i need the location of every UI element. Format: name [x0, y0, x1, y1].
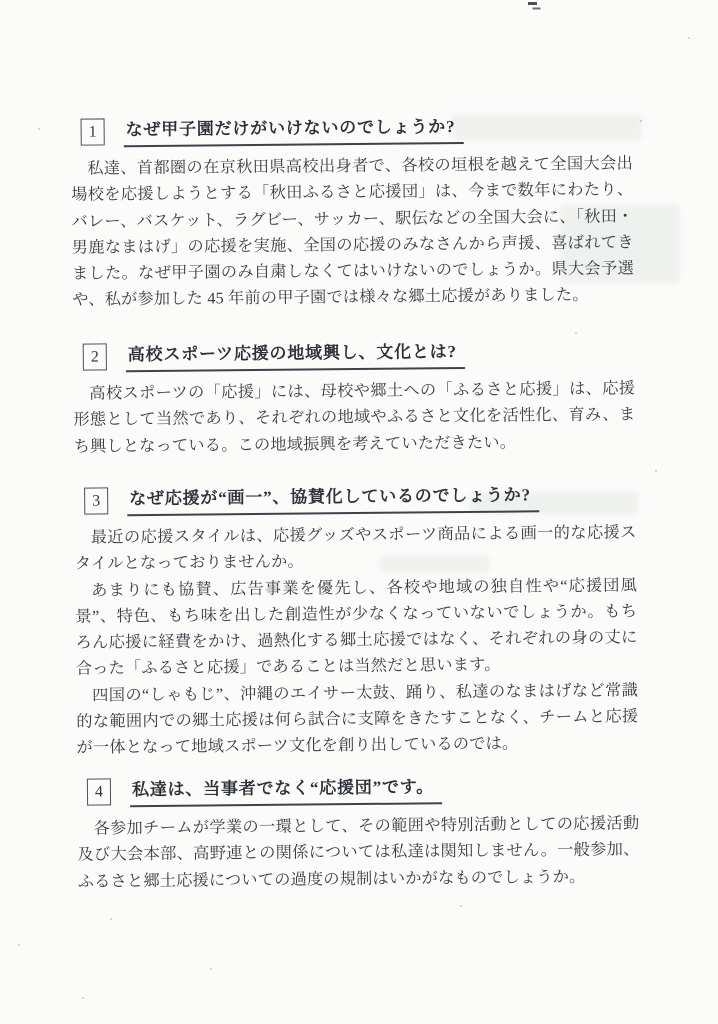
document-content: 1 なぜ甲子園だけがいけないのでしょうか? 私達、首都圏の在京秋田県高校出身者で… [0, 0, 718, 1024]
section-3-paragraph-1: 最近の応援スタイルは、応援グッズやスポーツ商品による画一的な応援スタイルとなって… [74, 519, 636, 577]
section-1-header: 1 なぜ甲子園だけがいけないのでしょうか? [71, 113, 633, 147]
section-3: 3 なぜ応援が“画一”、協賛化しているのでしょうか? 最近の応援スタイルは、応援… [74, 482, 639, 761]
section-3-number-box: 3 [84, 487, 108, 514]
dust-speck [460, 905, 462, 907]
section-1-number-box: 1 [81, 118, 105, 145]
section-2: 2 高校スポーツ応援の地域興し、文化とは? 高校スポーツの「応援」には、母校や郷… [73, 338, 636, 459]
section-3-paragraph-2: あまりにも協賛、広告事業を優先し、各校や地域の独自性や“応援団風景”、特色、もち… [75, 572, 638, 683]
dust-speck [38, 128, 40, 130]
scanned-page: 1 なぜ甲子園だけがいけないのでしょうか? 私達、首都圏の在京秋田県高校出身者で… [0, 0, 718, 1024]
section-3-body: 最近の応援スタイルは、応援グッズやスポーツ商品による画一的な応援スタイルとなって… [74, 519, 638, 761]
dust-speck [210, 968, 212, 970]
section-1-body: 私達、首都圏の在京秋田県高校出身者で、各校の垣根を越えて全国大会出場校を応援しよ… [71, 150, 634, 313]
section-4: 4 私達は、当事者でなく“応援団”です。 各参加チームが学業の一環として、その範… [77, 773, 640, 894]
section-4-header: 4 私達は、当事者でなく“応援団”です。 [77, 773, 639, 807]
section-4-paragraph-1: 各参加チームが学業の一環として、その範囲や特別活動としての応援活動及び大会本部、… [77, 810, 640, 894]
dust-speck [688, 37, 690, 39]
dust-speck [82, 997, 84, 999]
dust-speck [18, 944, 20, 946]
section-2-body: 高校スポーツの「応援」には、母校や郷土への「ふるさと応援」は、応援形態として当然… [73, 375, 636, 459]
dust-speck [575, 332, 577, 334]
section-4-body: 各参加チームが学業の一環として、その範囲や特別活動としての応援活動及び大会本部、… [77, 810, 640, 894]
section-1-paragraph-1: 私達、首都圏の在京秋田県高校出身者で、各校の垣根を越えて全国大会出場校を応援しよ… [71, 150, 634, 313]
section-2-number-box: 2 [83, 343, 107, 370]
section-4-number-box: 4 [87, 778, 111, 805]
section-3-paragraph-3: 四国の“しゃもじ”、沖縄のエイサー太鼓、踊り、私達のなまはげなど常識的な範囲内で… [76, 677, 639, 761]
section-2-heading: 高校スポーツ応援の地域興し、文化とは? [126, 340, 465, 372]
section-3-header: 3 なぜ応援が“画一”、協賛化しているのでしょうか? [74, 482, 636, 516]
dust-speck [655, 470, 657, 472]
scan-smudge-mark [528, 2, 537, 5]
dust-speck [110, 918, 112, 920]
section-2-paragraph-1: 高校スポーツの「応援」には、母校や郷土への「ふるさと応援」は、応援形態として当然… [73, 375, 636, 459]
dust-speck [640, 120, 642, 122]
section-2-header: 2 高校スポーツ応援の地域興し、文化とは? [73, 338, 635, 372]
section-3-heading: なぜ応援が“画一”、協賛化しているのでしょうか? [127, 483, 539, 516]
section-1: 1 なぜ甲子園だけがいけないのでしょうか? 私達、首都圏の在京秋田県高校出身者で… [71, 113, 635, 313]
section-4-heading: 私達は、当事者でなく“応援団”です。 [130, 775, 442, 807]
section-1-heading: なぜ甲子園だけがいけないのでしょうか? [124, 115, 464, 147]
